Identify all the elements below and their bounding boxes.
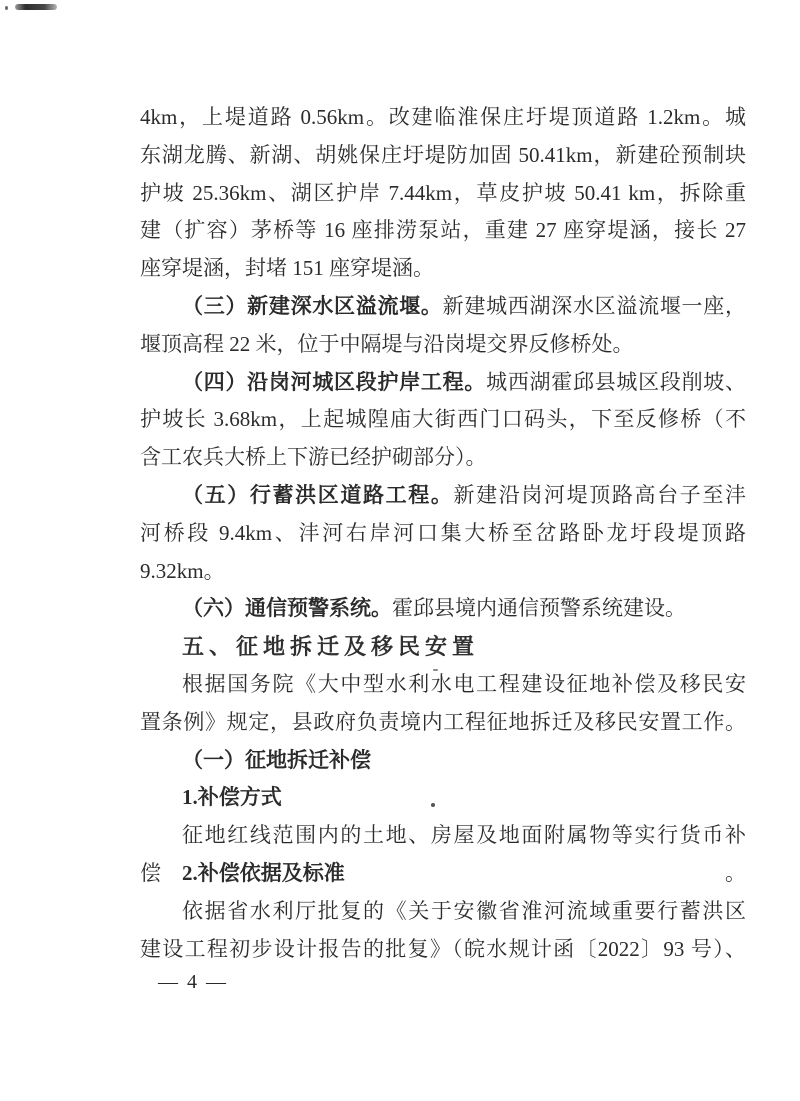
line-text: 建设工程初步设计报告的批复》（皖水规计函〔2022〕93 号）、 bbox=[140, 937, 746, 961]
scan-dot-artifact bbox=[5, 6, 8, 10]
line-text: 4km，上堤道路 0.56km。改建临淮保庄圩堤顶道路 1.2km。城 bbox=[140, 105, 746, 129]
line-text: 座穿堤涵，封堵 151 座穿堤涵。 bbox=[140, 256, 434, 280]
line-text: 建（扩容）茅桥等 16 座排涝泵站，重建 27 座穿堤涵，接长 27 bbox=[140, 218, 746, 242]
body-line: 征地红线范围内的土地、房屋及地面附属物等实行货币补偿。 bbox=[140, 817, 746, 855]
body-line: 护坡 25.36km、湖区护岸 7.44km，草皮护坡 50.41 km，拆除重 bbox=[140, 175, 746, 213]
section-5-title: （五）行蓄洪区道路工程。 bbox=[182, 483, 454, 507]
body-line: 建（扩容）茅桥等 16 座排涝泵站，重建 27 座穿堤涵，接长 27 bbox=[140, 212, 746, 250]
chapter-5-heading: 五、征地拆迁及移民安置 bbox=[140, 628, 746, 666]
line-text: 堰顶高程 22 米，位于中隔堤与沿岗堤交界反修桥处。 bbox=[140, 332, 634, 356]
section-3-line: （三）新建深水区溢流堰。新建城西湖深水区溢流堰一座， bbox=[140, 288, 746, 326]
document-body: 4km，上堤道路 0.56km。改建临淮保庄圩堤顶道路 1.2km。城 东湖龙腾… bbox=[140, 99, 746, 968]
body-line: 依据省水利厅批复的《关于安徽省淮河流域重要行蓄洪区 bbox=[140, 893, 746, 931]
section-4-line: （四）沿岗河城区段护岸工程。城西湖霍邱县城区段削坡、 bbox=[140, 364, 746, 402]
line-text: 护坡 25.36km、湖区护岸 7.44km，草皮护坡 50.41 km，拆除重 bbox=[140, 181, 746, 205]
body-line: 东湖龙腾、新湖、胡姚保庄圩堤防加固 50.41km，新建砼预制块 bbox=[140, 137, 746, 175]
body-line: 河桥段 9.4km、沣河右岸河口集大桥至岔路卧龙圩段堤顶路 bbox=[140, 515, 746, 553]
subsection-1-title: （一）征地拆迁补偿 bbox=[182, 748, 371, 772]
body-line: 座穿堤涵，封堵 151 座穿堤涵。 bbox=[140, 250, 746, 288]
scan-smudge-artifact bbox=[15, 4, 57, 10]
line-text: 新建城西湖深水区溢流堰一座， bbox=[443, 294, 746, 318]
body-line: 4km，上堤道路 0.56km。改建临淮保庄圩堤顶道路 1.2km。城 bbox=[140, 99, 746, 137]
line-text: 依据省水利厅批复的《关于安徽省淮河流域重要行蓄洪区 bbox=[182, 899, 746, 923]
section-3-title: （三）新建深水区溢流堰。 bbox=[182, 294, 443, 318]
body-line: 护坡长 3.68km，上起城隍庙大街西门口码头，下至反修桥（不 bbox=[140, 401, 746, 439]
line-text: 霍邱县境内通信预警系统建设。 bbox=[392, 596, 686, 620]
body-line: 9.32km。 bbox=[140, 553, 746, 591]
chapter-5-heading-text: 五、征地拆迁及移民安置 bbox=[182, 634, 479, 659]
item-2-title: 2.补偿依据及标准 bbox=[182, 861, 345, 885]
body-line: 堰顶高程 22 米，位于中隔堤与沿岗堤交界反修桥处。 bbox=[140, 326, 746, 364]
subsection-1-heading: （一）征地拆迁补偿 bbox=[140, 742, 746, 780]
item-1-heading: 1.补偿方式 bbox=[140, 779, 746, 817]
line-text: 护坡长 3.68km，上起城隍庙大街西门口码头，下至反修桥（不 bbox=[140, 407, 746, 431]
line-text: 置条例》规定，县政府负责境内工程征地拆迁及移民安置工作。 bbox=[140, 710, 746, 734]
item-1-title: 1.补偿方式 bbox=[182, 785, 282, 809]
line-text: 东湖龙腾、新湖、胡姚保庄圩堤防加固 50.41km，新建砼预制块 bbox=[140, 143, 746, 167]
line-text: 含工农兵大桥上下游已经护砌部分）。 bbox=[140, 445, 487, 469]
line-text: 河桥段 9.4km、沣河右岸河口集大桥至岔路卧龙圩段堤顶路 bbox=[140, 521, 746, 545]
section-5-line: （五）行蓄洪区道路工程。新建沿岗河堤顶路高台子至沣 bbox=[140, 477, 746, 515]
body-line: 含工农兵大桥上下游已经护砌部分）。 bbox=[140, 439, 746, 477]
line-text: 城西湖霍邱县城区段削坡、 bbox=[486, 370, 746, 394]
line-text: 新建沿岗河堤顶路高台子至沣 bbox=[454, 483, 747, 507]
document-page: 4km，上堤道路 0.56km。改建临淮保庄圩堤顶道路 1.2km。城 东湖龙腾… bbox=[0, 0, 800, 1101]
section-6-line: （六）通信预警系统。霍邱县境内通信预警系统建设。 bbox=[140, 590, 746, 628]
body-line: 根据国务院《大中型水利水电工程建设征地补偿及移民安 bbox=[140, 666, 746, 704]
line-text: 根据国务院《大中型水利水电工程建设征地补偿及移民安 bbox=[182, 672, 746, 696]
line-text: 9.32km。 bbox=[140, 559, 225, 583]
section-6-title: （六）通信预警系统。 bbox=[182, 596, 392, 620]
body-line: 建设工程初步设计报告的批复》（皖水规计函〔2022〕93 号）、 bbox=[140, 931, 746, 969]
section-4-title: （四）沿岗河城区段护岸工程。 bbox=[182, 370, 486, 394]
page-number: — 4 — bbox=[158, 971, 228, 994]
body-line: 置条例》规定，县政府负责境内工程征地拆迁及移民安置工作。 bbox=[140, 704, 746, 742]
